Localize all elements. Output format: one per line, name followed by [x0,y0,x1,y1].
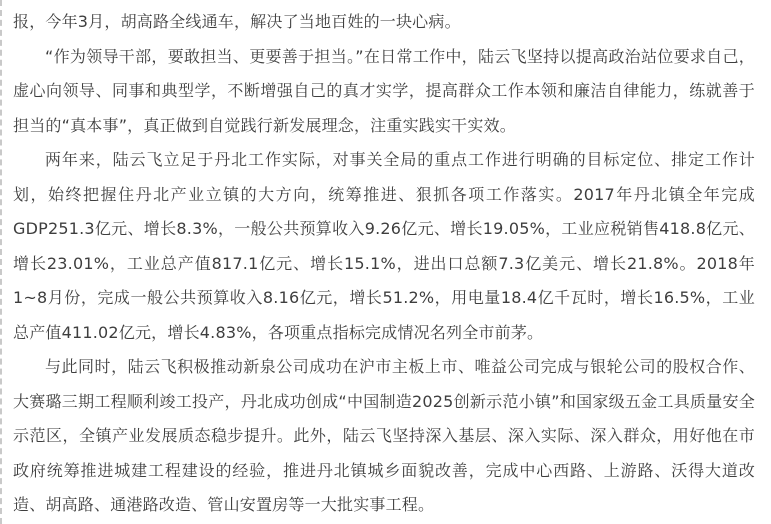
document-page: 报，今年3月，胡高路全线通车，解决了当地百姓的一块心病。 “作为领导干部，要敢担… [0,0,771,524]
article-body: 报，今年3月，胡高路全线通车，解决了当地百姓的一块心病。 “作为领导干部，要敢担… [2,0,771,523]
paragraph: 与此同时，陆云飞积极推动新泉公司成功在沪市主板上市、唯益公司完成与银轮公司的股权… [13,350,755,523]
paragraph: 报，今年3月，胡高路全线通车，解决了当地百姓的一块心病。 [13,5,755,40]
paragraph: “作为领导干部，要敢担当、更要善于担当。”在日常工作中，陆云飞坚持以提高政治站位… [13,40,755,144]
paragraph: 两年来，陆云飞立足于丹北工作实际，对事关全局的重点工作进行明确的目标定位、排定工… [13,143,755,350]
